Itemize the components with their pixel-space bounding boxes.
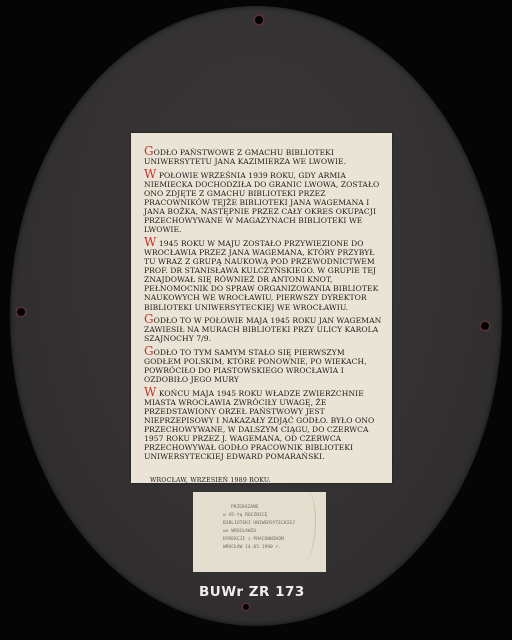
red-initial: G: [144, 144, 154, 158]
paragraph-5: Godło to tym samym stało się pierwszym g…: [144, 347, 382, 384]
paragraph-2: W połowie września 1939 roku, gdy armia …: [144, 170, 382, 235]
red-initial: G: [144, 312, 154, 326]
donation-label: PRZEKAZANE w 45-tą ROCZNICĘ BIBLIOTEKI U…: [193, 492, 326, 572]
red-initial: W: [144, 385, 156, 399]
red-initial: W: [144, 235, 156, 249]
paragraph-text: odło państwowe z gmachu Biblioteki Uniwe…: [144, 148, 346, 166]
signature-line: Wrocław, wrzesień 1989 roku.: [144, 476, 382, 485]
right-mounting-hole: [481, 322, 489, 330]
paragraph-text: połowie września 1939 roku, gdy armia ni…: [144, 171, 379, 235]
inventory-number: BUWr ZR 173: [199, 584, 339, 600]
paragraph-text: końcu maja 1945 roku władze zwierzchnie …: [144, 389, 374, 462]
red-initial: W: [144, 167, 156, 181]
inscription-sheet: Godło państwowe z gmachu Biblioteki Uniw…: [131, 133, 392, 483]
paragraph-text: odło to w połowie maja 1945 roku Jan Wag…: [144, 316, 381, 343]
paragraph-text: 1945 roku w maju zostało przywiezione do…: [144, 239, 378, 312]
paragraph-6: W końcu maja 1945 roku władze zwierzchni…: [144, 388, 382, 462]
red-initial: G: [144, 344, 154, 358]
paragraph-text: odło to tym samym stało się pierwszym go…: [144, 348, 367, 384]
bottom-mounting-hole: [243, 604, 249, 610]
paragraph-1: Godło państwowe z gmachu Biblioteki Uniw…: [144, 147, 382, 166]
paragraph-3: W 1945 roku w maju zostało przywiezione …: [144, 238, 382, 312]
left-mounting-hole: [17, 308, 25, 316]
top-mounting-hole: [255, 16, 263, 24]
paragraph-4: Godło to w połowie maja 1945 roku Jan Wa…: [144, 315, 382, 343]
